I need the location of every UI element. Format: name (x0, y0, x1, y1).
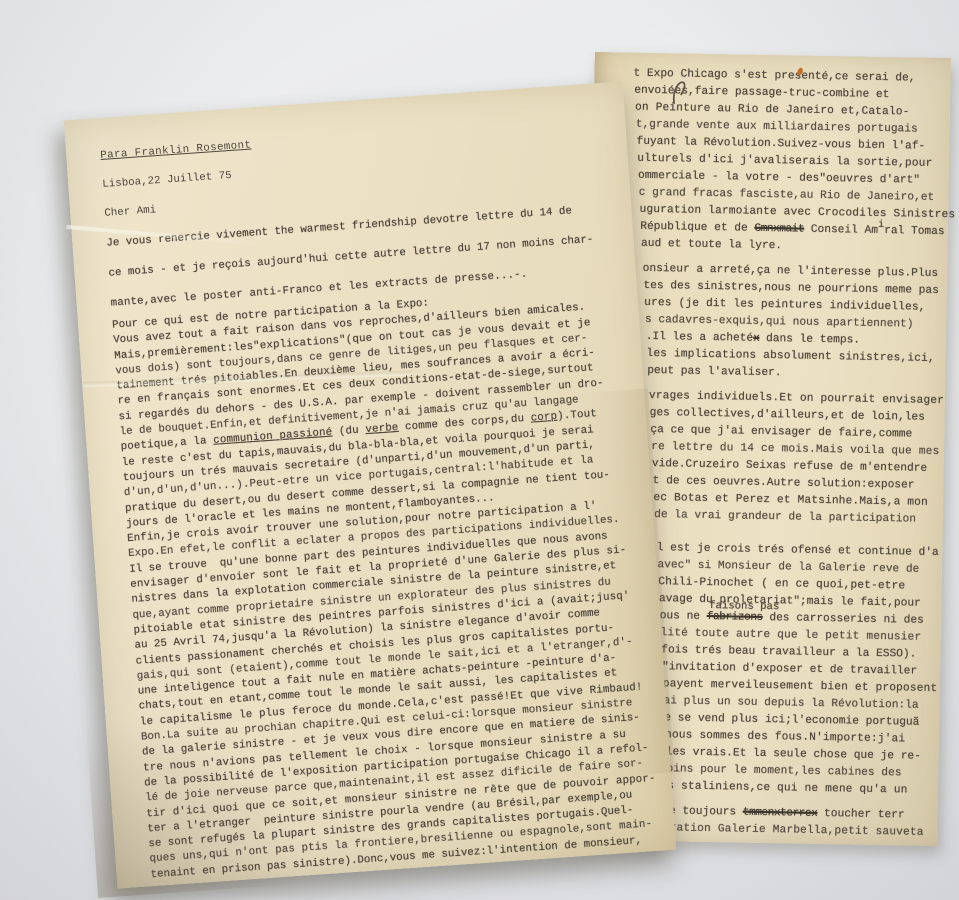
page1-typed-text: Para Franklin Rosemont Lisboa,22 Juillet… (64, 81, 676, 885)
letters-photo: { "photo": { "background": "#e7e8ea", "i… (0, 0, 959, 900)
letter-page-1: Para Franklin Rosemont Lisboa,22 Juillet… (64, 81, 676, 888)
pen-mark (670, 77, 693, 107)
body-paragraph: Pour ce qui est de notre participation a… (112, 283, 664, 883)
typed-line: ration Galerie Marbella,petit sauveta (670, 820, 934, 842)
